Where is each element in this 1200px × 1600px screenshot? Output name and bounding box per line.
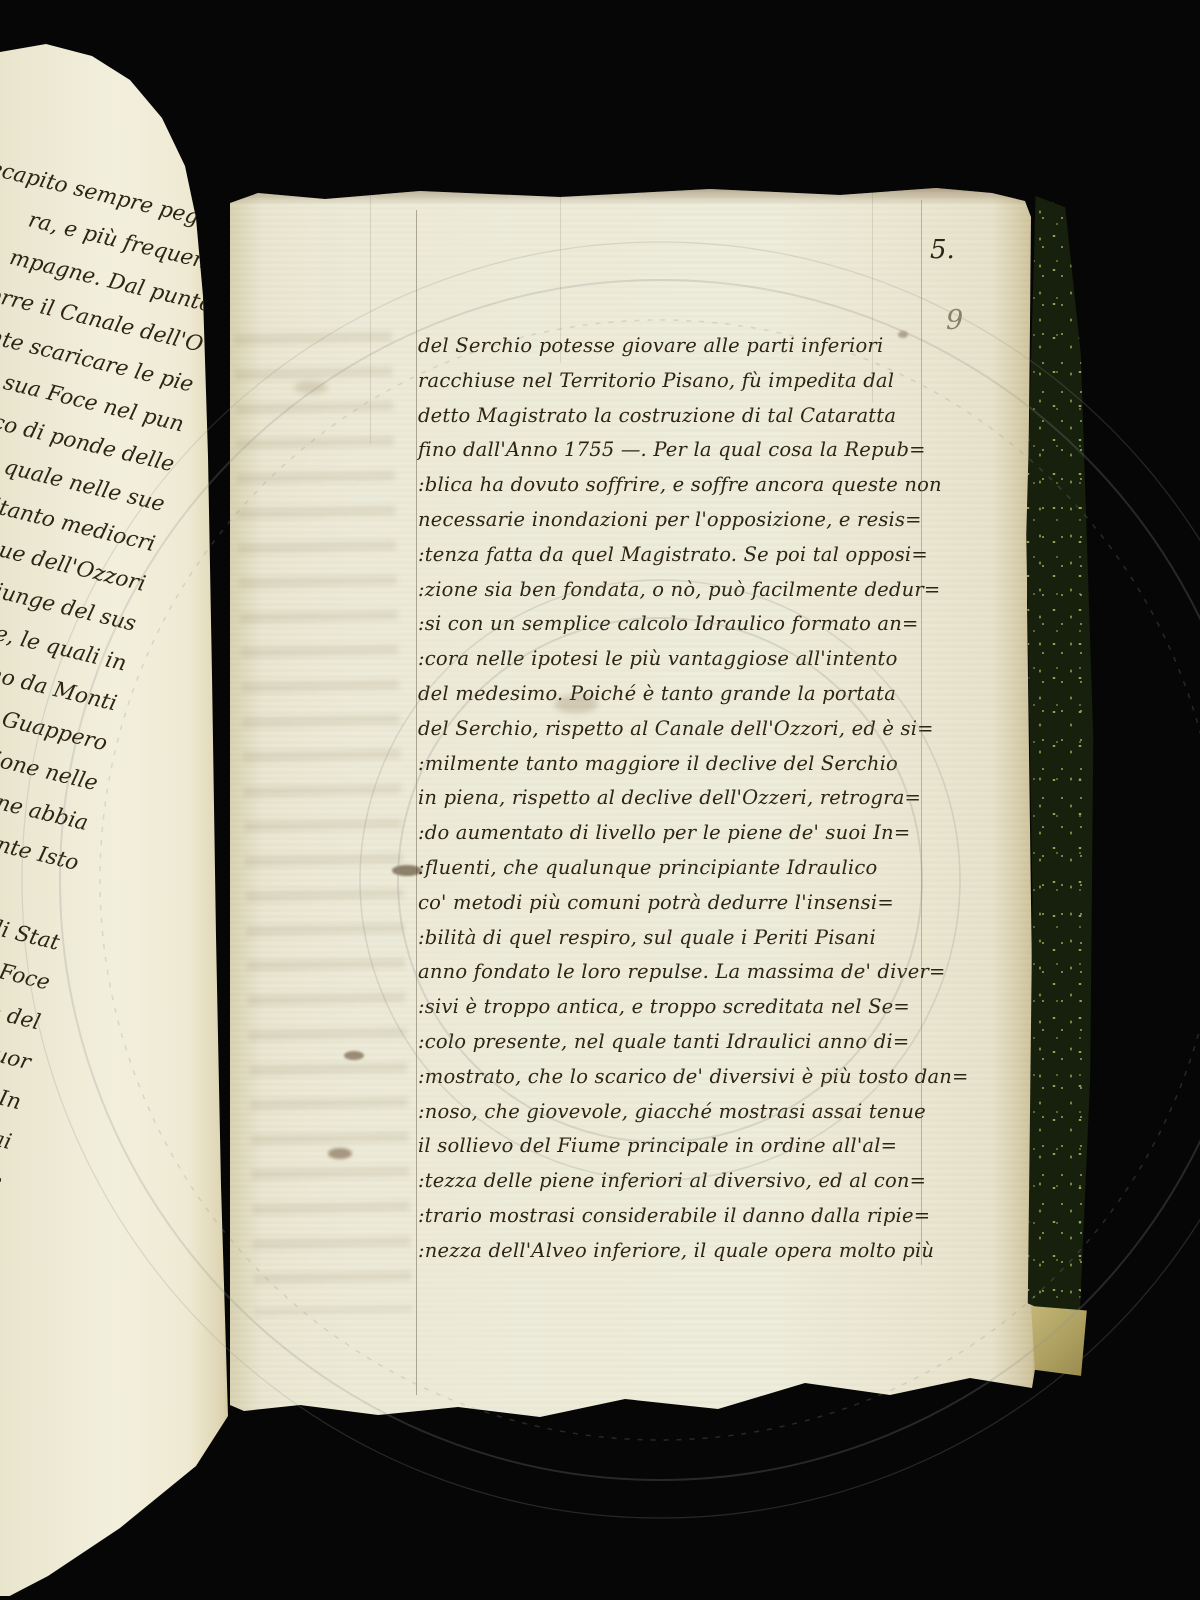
- left-page-text: Recapito sempre peggiora, e più frequent…: [0, 96, 236, 1282]
- page-number: 5.: [930, 235, 955, 265]
- manuscript-line: :sivi è troppo antica, e troppo scredita…: [418, 990, 934, 1025]
- manuscript-line: :tezza delle piene inferiori al diversiv…: [418, 1164, 934, 1199]
- pencil-folio-number: 9: [946, 305, 963, 336]
- deckle-edge-top: [230, 183, 1040, 205]
- right-page: 5. 9 del Serchio potesse giovare alle pa…: [230, 183, 1040, 1433]
- manuscript-line: del Serchio, rispetto al Canale dell'Ozz…: [418, 712, 934, 747]
- ink-stain: [344, 1051, 364, 1060]
- manuscript-line: racchiuse nel Territorio Pisano, fù impe…: [418, 364, 934, 399]
- ink-stain: [392, 865, 422, 876]
- manuscript-line: del medesimo. Poiché è tanto grande la p…: [418, 677, 934, 712]
- margin-rule-left: [416, 210, 417, 1395]
- manuscript-line: :mostrato, che lo scarico de' diversivi …: [418, 1060, 934, 1095]
- manuscript-line: fino dall'Anno 1755 —. Per la qual cosa …: [418, 433, 934, 468]
- manuscript-line: :cora nelle ipotesi le più vantaggiose a…: [418, 642, 934, 677]
- manuscript-line: co' metodi più comuni potrà dedurre l'in…: [418, 886, 934, 921]
- manuscript-line: :do aumentato di livello per le piene de…: [418, 816, 934, 851]
- ink-stain: [898, 331, 908, 338]
- manuscript-line: anno fondato le loro repulse. La massima…: [418, 955, 934, 990]
- right-page-text: del Serchio potesse giovare alle parti i…: [418, 329, 934, 1269]
- paper-crease: [370, 183, 371, 443]
- paper-stain: [294, 381, 328, 394]
- left-page: Recapito sempre peggiora, e più frequent…: [0, 36, 240, 1596]
- manuscript-line: :milmente tanto maggiore il declive del …: [418, 747, 934, 782]
- cover-corner-tip: [1026, 1306, 1090, 1382]
- manuscript-line: :bilità di quel respiro, sul quale i Per…: [418, 921, 934, 956]
- marbled-cover-edge: [1020, 196, 1098, 1326]
- paper-stain: [554, 695, 598, 713]
- manuscript-line: :tenza fatta da quel Magistrato. Se poi …: [418, 538, 934, 573]
- manuscript-line: detto Magistrato la costruzione di tal C…: [418, 399, 934, 434]
- manuscript-line: necessarie inondazioni per l'opposizione…: [418, 503, 934, 538]
- manuscript-line: :blica ha dovuto soffrire, e soffre anco…: [418, 468, 934, 503]
- manuscript-line: :fluenti, che qualunque principiante Idr…: [418, 851, 934, 886]
- manuscript-line: del Serchio potesse giovare alle parti i…: [418, 329, 934, 364]
- manuscript-line: il sollievo del Fiume principale in ordi…: [418, 1129, 934, 1164]
- ink-bleedthrough: [234, 331, 412, 1314]
- manuscript-line: :colo presente, nel quale tanti Idraulic…: [418, 1025, 934, 1060]
- manuscript-line: :nezza dell'Alveo inferiore, il quale op…: [418, 1234, 934, 1269]
- manuscript-line: :si con un semplice calcolo Idraulico fo…: [418, 607, 934, 642]
- manuscript-line: :trario mostrasi considerabile il danno …: [418, 1199, 934, 1234]
- open-manuscript-photo: Recapito sempre peggiora, e più frequent…: [0, 0, 1200, 1600]
- manuscript-line: in piena, rispetto al declive dell'Ozzer…: [418, 781, 934, 816]
- manuscript-line: :noso, che giovevole, giacché mostrasi a…: [418, 1095, 934, 1130]
- ink-stain: [328, 1148, 352, 1159]
- manuscript-line: :zione sia ben fondata, o nò, può facilm…: [418, 573, 934, 608]
